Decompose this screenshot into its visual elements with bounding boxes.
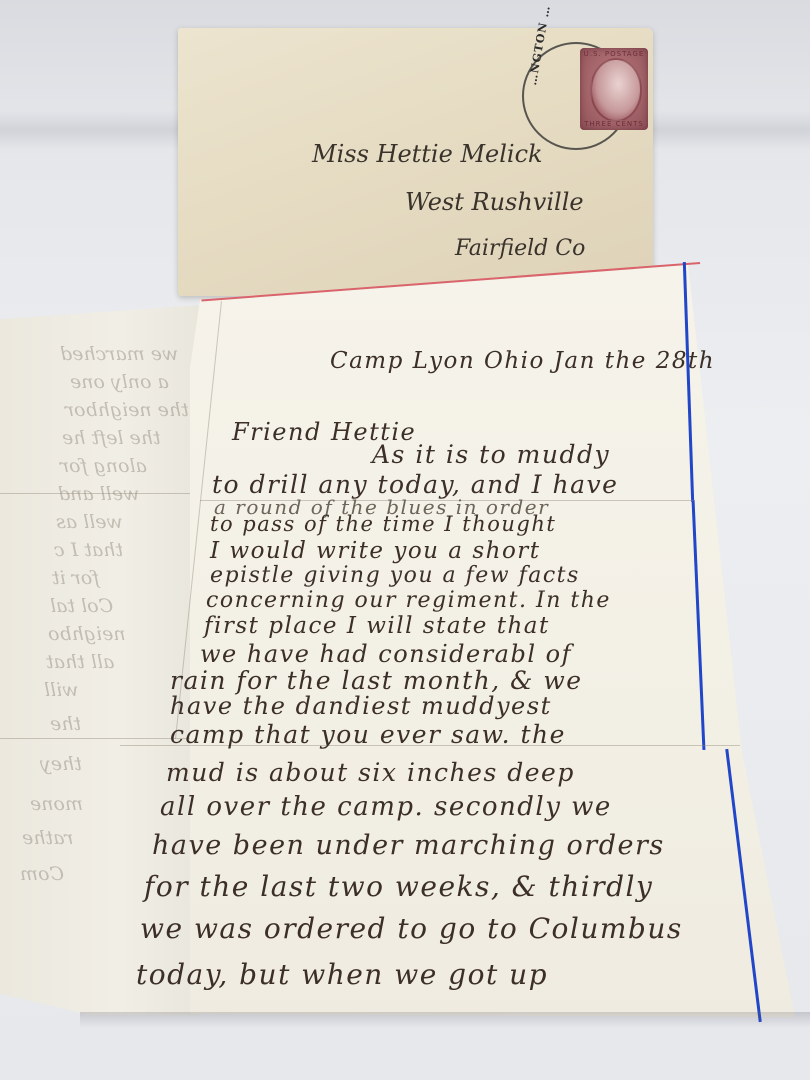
letter-line: we have had considerabl of	[200, 640, 572, 668]
faded-line: rathe	[22, 827, 74, 849]
faded-line: for it	[52, 567, 99, 589]
faded-line: they	[40, 753, 82, 775]
letter-line: mud is about six inches deep	[166, 758, 575, 787]
faded-line: that I c	[54, 539, 123, 561]
letter-line: As it is to muddy	[372, 440, 610, 469]
faded-line: a only one	[70, 371, 169, 393]
letter-line: camp that you ever saw. the	[170, 720, 566, 749]
table-shadow	[80, 1012, 810, 1028]
faded-line: the	[50, 713, 81, 735]
address-line-town: West Rushville	[405, 188, 584, 216]
letter-line: epistle giving you a few facts	[210, 563, 580, 588]
letter-line: rain for the last month, & we	[170, 666, 583, 695]
letter-line: we was ordered to go to Columbus	[140, 912, 683, 945]
faded-line: all that	[46, 651, 114, 673]
faded-line: well as	[56, 511, 123, 533]
faded-line: the neighbor	[65, 399, 189, 421]
letter-line: all over the camp. secondly we	[160, 792, 612, 822]
letter-line: today, but when we got up	[136, 958, 548, 991]
faded-line: will	[44, 679, 79, 701]
letter-line: have been under marching orders	[152, 830, 665, 861]
faded-line: Com	[20, 863, 64, 885]
faded-line: we marched	[60, 343, 178, 365]
letter-line: first place I will state that	[204, 613, 550, 639]
faded-line: neighbo	[48, 623, 126, 645]
faded-line: Col tal	[50, 595, 113, 617]
address-line-name: Miss Hettie Melick	[312, 140, 543, 168]
address-line-county: Fairfield Co	[455, 236, 585, 261]
faded-line: along for	[60, 455, 147, 477]
postage-stamp: U.S. POSTAGE THREE CENTS	[580, 48, 648, 130]
fold-crease	[0, 493, 200, 494]
letter-heading: Camp Lyon Ohio Jan the 28th	[330, 348, 715, 374]
faded-line: the left he	[62, 427, 161, 449]
letter-line: have the dandiest muddyest	[170, 692, 552, 720]
letter-line: for the last two weeks, & thirdly	[144, 870, 653, 903]
letter-line: to pass of the time I thought	[210, 512, 556, 536]
stamp-portrait-icon	[590, 58, 642, 122]
faded-line: mone	[30, 793, 83, 815]
stamp-bottom-label: THREE CENTS	[580, 120, 648, 128]
stamp-top-label: U.S. POSTAGE	[580, 50, 648, 58]
letter-left-page: we marched a only one the neighbor the l…	[0, 305, 200, 1015]
faded-line: well and	[58, 483, 139, 505]
letter-line: concerning our regiment. In the	[206, 588, 611, 613]
letter-line: I would write you a short	[210, 538, 541, 564]
